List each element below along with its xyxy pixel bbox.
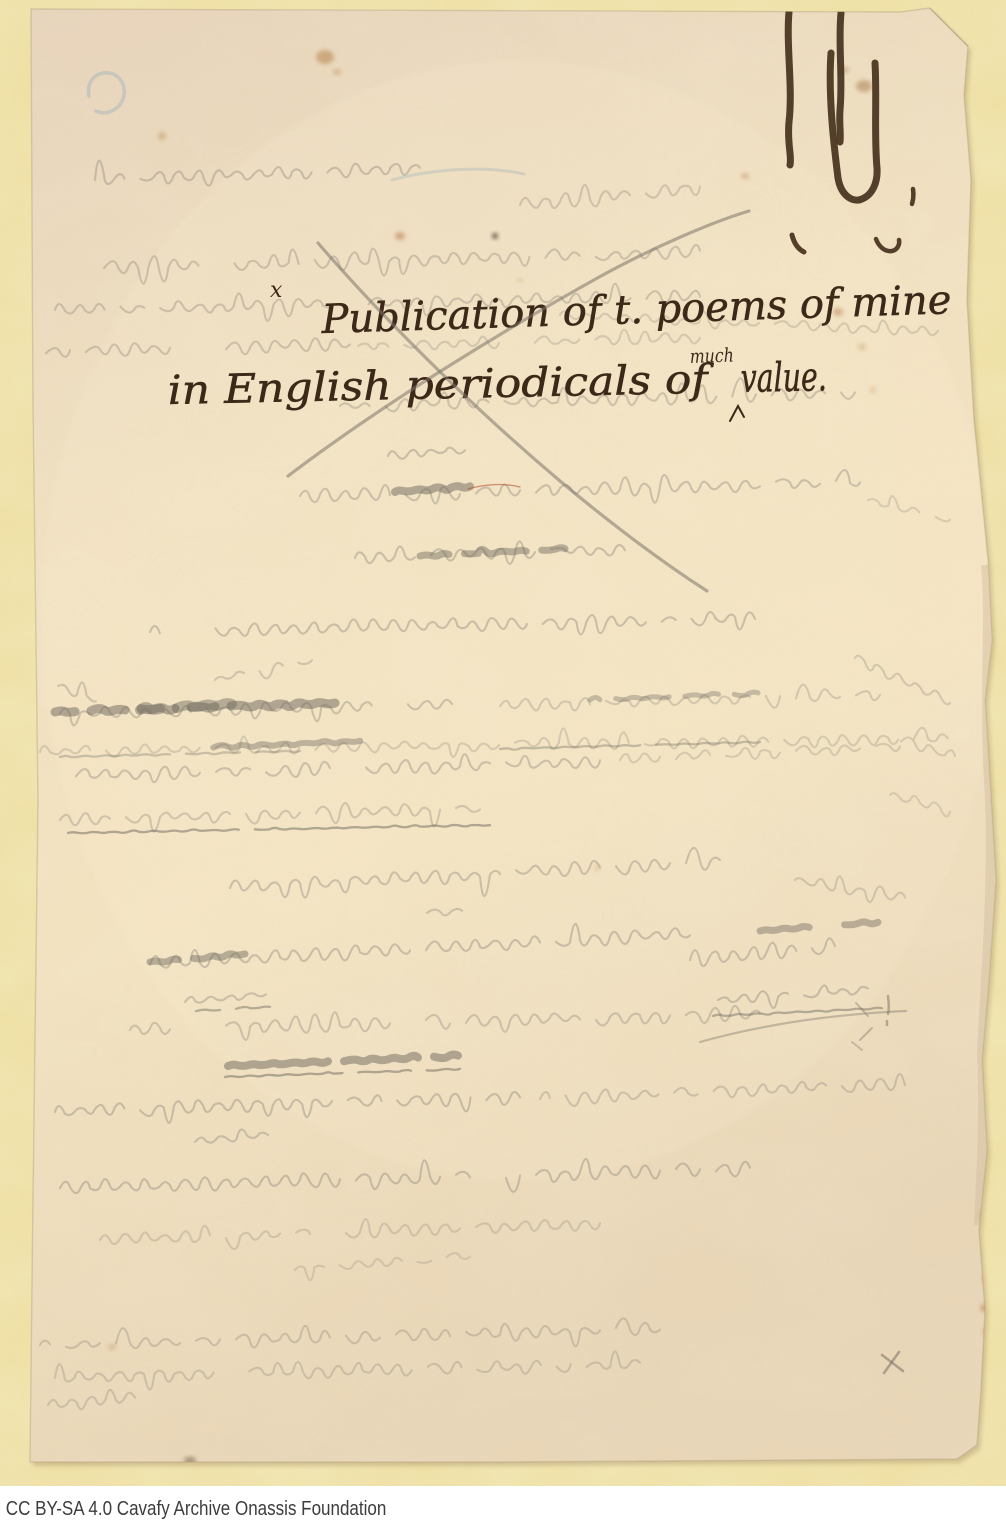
foxing-stain — [741, 173, 749, 179]
foxing-stain — [870, 387, 876, 393]
ink-stroke — [788, 12, 790, 165]
page-content: 10 x Publication of t. poems of mine muc… — [0, 0, 1006, 1486]
foxing-stain — [108, 1344, 116, 1350]
pencil-mark — [888, 996, 889, 1014]
license-caption: CC BY-SA 4.0 Cavafy Archive Onassis Foun… — [0, 1497, 386, 1521]
foxing-stain — [594, 865, 600, 871]
caption-bar: CC BY-SA 4.0 Cavafy Archive Onassis Foun… — [0, 1486, 1006, 1531]
ink-stroke — [912, 189, 913, 204]
page-center-light — [40, 60, 1000, 1180]
note-line2-end: value. — [740, 354, 827, 402]
foxing-stain — [517, 278, 523, 282]
manuscript-scan: 10 x Publication of t. poems of mine muc… — [0, 0, 1006, 1486]
manuscript-scan-svg: 10 x Publication of t. poems of mine muc… — [0, 0, 1006, 1486]
foxing-stain — [158, 132, 166, 140]
foxing-stain — [492, 233, 498, 239]
foxing-stain — [316, 50, 334, 64]
foxing-stain — [858, 344, 866, 350]
ink-stroke — [840, 13, 841, 142]
foxing-stain — [333, 69, 341, 75]
screenshot-root: 10 x Publication of t. poems of mine muc… — [0, 0, 1006, 1531]
foxing-stain — [856, 80, 872, 92]
foxing-stain — [395, 232, 405, 240]
footnote-marker: x — [270, 278, 283, 303]
